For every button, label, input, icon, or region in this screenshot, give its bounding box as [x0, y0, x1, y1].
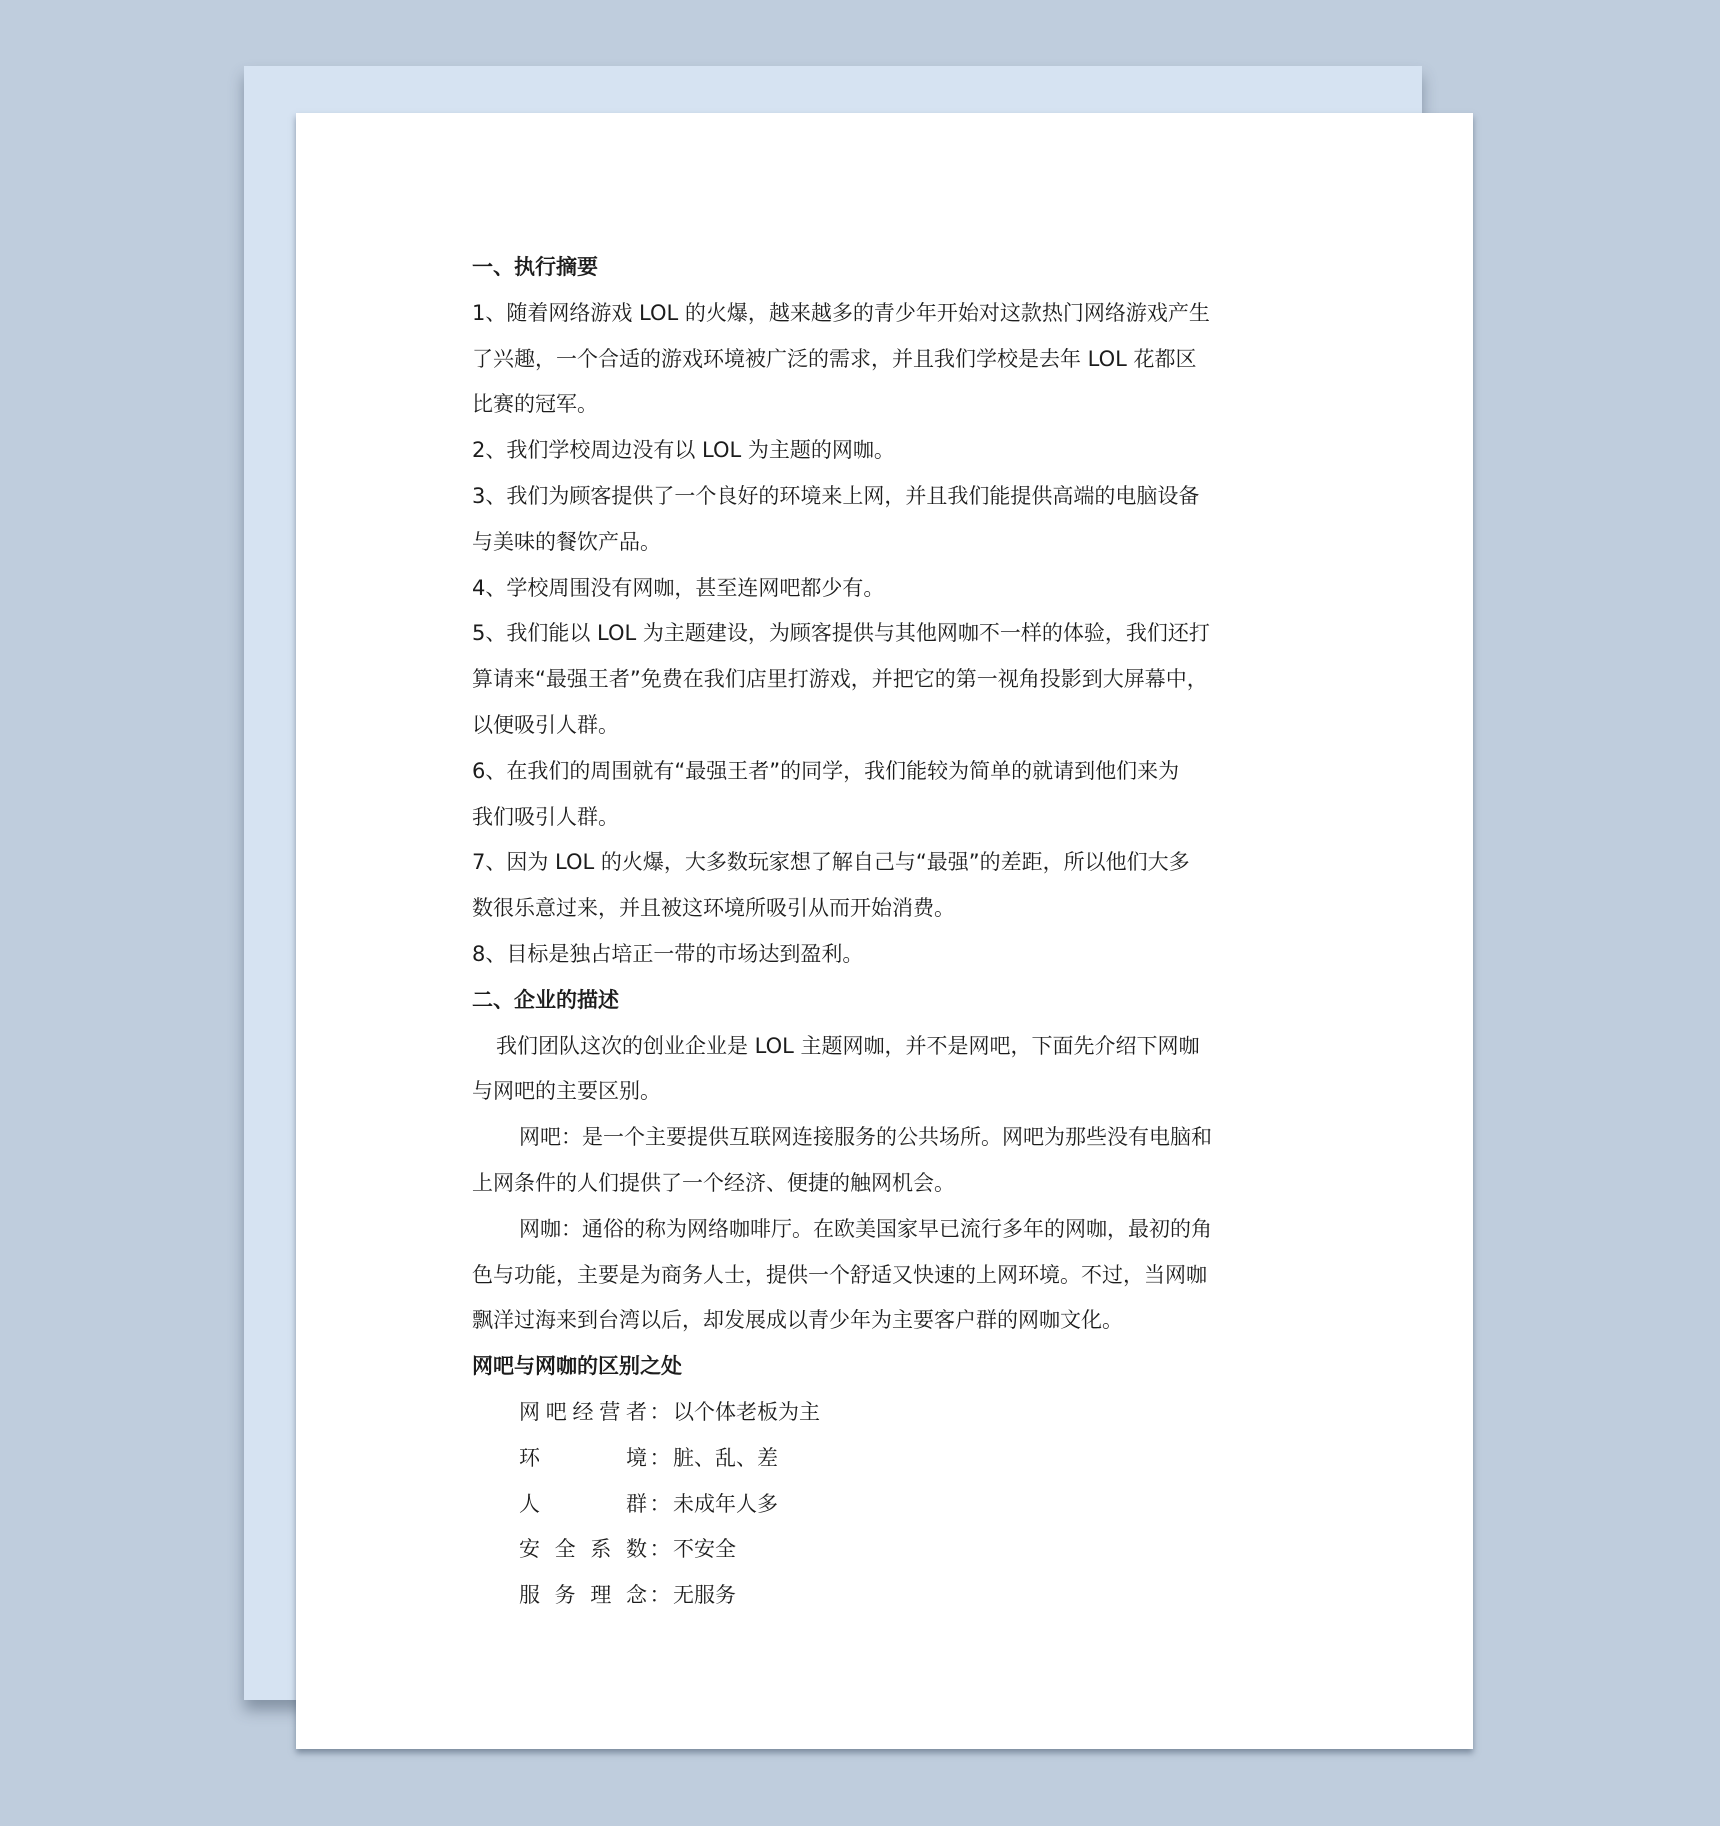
subheading-differences: 网吧与网咖的区别之处	[472, 1344, 1302, 1390]
label-char: 者	[626, 1390, 647, 1436]
label-char: 全	[555, 1527, 576, 1573]
label-char: 人	[519, 1482, 540, 1528]
paragraph-line: 网咖：通俗的称为网络咖啡厅。在欧美国家早已流行多年的网咖，最初的角	[472, 1207, 1302, 1253]
row-colon: ：	[647, 1436, 673, 1482]
row-colon: ：	[647, 1527, 673, 1573]
row-label: 环 境	[519, 1436, 647, 1482]
difference-row-operator: 网 吧 经 营 者 ： 以个体老板为主	[472, 1390, 1302, 1436]
paragraph-line: 5、我们能以 LOL 为主题建设，为顾客提供与其他网咖不一样的体验，我们还打	[472, 611, 1302, 657]
paragraph-line: 上网条件的人们提供了一个经济、便捷的触网机会。	[472, 1161, 1302, 1207]
row-value: 无服务	[673, 1573, 736, 1619]
label-char: 服	[519, 1573, 540, 1619]
paragraph-line: 与美味的餐饮产品。	[472, 520, 1302, 566]
row-colon: ：	[647, 1482, 673, 1528]
label-char: 数	[626, 1527, 647, 1573]
paragraph-line: 1、随着网络游戏 LOL 的火爆，越来越多的青少年开始对这款热门网络游戏产生	[472, 291, 1302, 337]
label-char: 理	[590, 1573, 611, 1619]
paragraph-line: 7、因为 LOL 的火爆，大多数玩家想了解自己与“最强”的差距，所以他们大多	[472, 840, 1302, 886]
paragraph-line: 2、我们学校周边没有以 LOL 为主题的网咖。	[472, 428, 1302, 474]
paragraph-line: 我们团队这次的创业企业是 LOL 主题网咖，并不是网吧，下面先介绍下网咖	[472, 1024, 1302, 1070]
paragraph-line: 3、我们为顾客提供了一个良好的环境来上网，并且我们能提供高端的电脑设备	[472, 474, 1302, 520]
label-char: 网	[519, 1390, 540, 1436]
row-colon: ：	[647, 1573, 673, 1619]
document-body: 一、执行摘要 1、随着网络游戏 LOL 的火爆，越来越多的青少年开始对这款热门网…	[472, 245, 1302, 1619]
difference-row-service: 服 务 理 念 ： 无服务	[472, 1573, 1302, 1619]
row-label: 人 群	[519, 1482, 647, 1528]
paragraph-line: 了兴趣，一个合适的游戏环境被广泛的需求，并且我们学校是去年 LOL 花都区	[472, 337, 1302, 383]
label-char: 安	[519, 1527, 540, 1573]
difference-row-crowd: 人 群 ： 未成年人多	[472, 1482, 1302, 1528]
label-char: 系	[590, 1527, 611, 1573]
label-char: 吧	[546, 1390, 567, 1436]
label-char: 念	[626, 1573, 647, 1619]
section-heading-business-description: 二、企业的描述	[472, 978, 1302, 1024]
paragraph-line: 色与功能，主要是为商务人士，提供一个舒适又快速的上网环境。不过，当网咖	[472, 1253, 1302, 1299]
row-label: 服 务 理 念	[519, 1573, 647, 1619]
row-colon: ：	[647, 1390, 673, 1436]
label-char: 境	[626, 1436, 647, 1482]
front-page-sheet: 一、执行摘要 1、随着网络游戏 LOL 的火爆，越来越多的青少年开始对这款热门网…	[296, 113, 1473, 1749]
paragraph-line: 4、学校周围没有网咖，甚至连网吧都少有。	[472, 566, 1302, 612]
label-char: 经	[573, 1390, 594, 1436]
paragraph-line: 6、在我们的周围就有“最强王者”的同学，我们能较为简单的就请到他们来为	[472, 749, 1302, 795]
paragraph-line: 以便吸引人群。	[472, 703, 1302, 749]
difference-row-safety: 安 全 系 数 ： 不安全	[472, 1527, 1302, 1573]
row-value: 脏、乱、差	[673, 1436, 778, 1482]
label-char: 环	[519, 1436, 540, 1482]
difference-row-environment: 环 境 ： 脏、乱、差	[472, 1436, 1302, 1482]
row-label: 网 吧 经 营 者	[519, 1390, 647, 1436]
section-heading-executive-summary: 一、执行摘要	[472, 245, 1302, 291]
paragraph-line: 8、目标是独占培正一带的市场达到盈利。	[472, 932, 1302, 978]
row-value: 未成年人多	[673, 1482, 778, 1528]
label-char: 务	[555, 1573, 576, 1619]
label-char: 营	[599, 1390, 620, 1436]
row-value: 以个体老板为主	[673, 1390, 820, 1436]
paragraph-line: 网吧：是一个主要提供互联网连接服务的公共场所。网吧为那些没有电脑和	[472, 1115, 1302, 1161]
paragraph-line: 比赛的冠军。	[472, 382, 1302, 428]
row-label: 安 全 系 数	[519, 1527, 647, 1573]
paragraph-line: 飘洋过海来到台湾以后，却发展成以青少年为主要客户群的网咖文化。	[472, 1298, 1302, 1344]
paragraph-line: 算请来“最强王者”免费在我们店里打游戏，并把它的第一视角投影到大屏幕中，	[472, 657, 1302, 703]
row-value: 不安全	[673, 1527, 736, 1573]
label-char: 群	[626, 1482, 647, 1528]
paragraph-line: 数很乐意过来，并且被这环境所吸引从而开始消费。	[472, 886, 1302, 932]
paragraph-line: 我们吸引人群。	[472, 795, 1302, 841]
paragraph-line: 与网吧的主要区别。	[472, 1069, 1302, 1115]
